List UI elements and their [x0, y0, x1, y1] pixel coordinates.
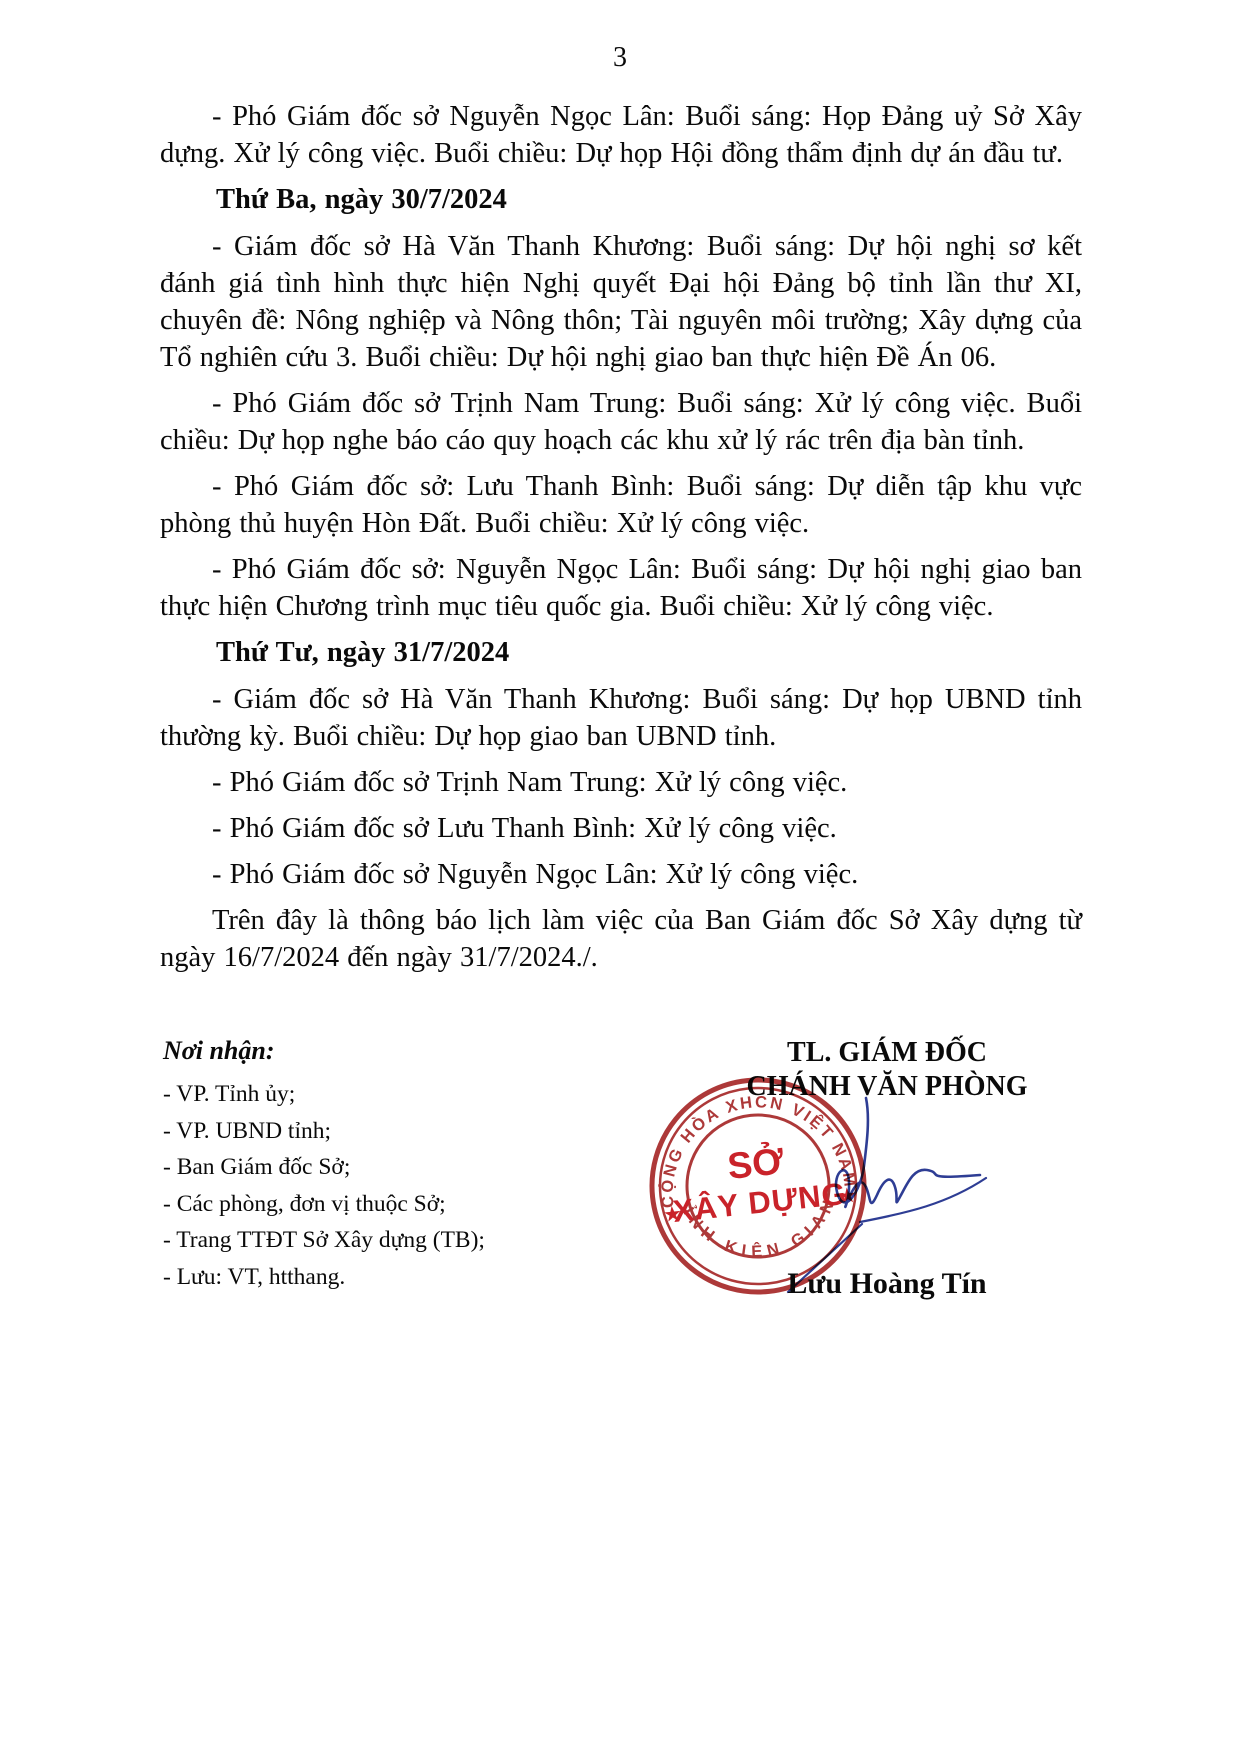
schedule-paragraph: Thứ Tư, ngày 31/7/2024: [160, 634, 1082, 671]
schedule-paragraph: Thứ Ba, ngày 30/7/2024: [160, 181, 1082, 218]
recipient-item: - VP. UBND tỉnh;: [163, 1113, 563, 1150]
schedule-paragraph: - Phó Giám đốc sở Trịnh Nam Trung: Buổi …: [160, 385, 1082, 459]
signature-title-line1: TL. GIÁM ĐỐC: [694, 1036, 1080, 1070]
document-page: 3 - Phó Giám đốc sở Nguyễn Ngọc Lân: Buổ…: [0, 0, 1240, 1755]
recipients-list: - VP. Tỉnh ủy; - VP. UBND tỉnh; - Ban Gi…: [163, 1076, 563, 1295]
schedule-paragraph: - Phó Giám đốc sở Nguyễn Ngọc Lân: Buổi …: [160, 98, 1082, 172]
signer-name: Lưu Hoàng Tín: [694, 1266, 1080, 1302]
schedule-paragraph: - Phó Giám đốc sở Nguyễn Ngọc Lân: Xử lý…: [160, 856, 1082, 893]
recipient-item: - Lưu: VT, htthang.: [163, 1259, 563, 1296]
schedule-paragraph: - Phó Giám đốc sở Lưu Thanh Bình: Xử lý …: [160, 810, 1082, 847]
recipient-item: - VP. Tỉnh ủy;: [163, 1076, 563, 1113]
recipient-item: - Ban Giám đốc Sở;: [163, 1149, 563, 1186]
recipients-title: Nơi nhận:: [163, 1036, 563, 1066]
schedule-paragraph: - Phó Giám đốc sở Trịnh Nam Trung: Xử lý…: [160, 764, 1082, 801]
schedule-paragraph: Trên đây là thông báo lịch làm việc của …: [160, 902, 1082, 976]
schedule-paragraph: - Phó Giám đốc sở: Nguyễn Ngọc Lân: Buổi…: [160, 551, 1082, 625]
schedule-paragraph: - Giám đốc sở Hà Văn Thanh Khương: Buổi …: [160, 681, 1082, 755]
document-body: - Phó Giám đốc sở Nguyễn Ngọc Lân: Buổi …: [160, 98, 1082, 985]
signature-stroke: [836, 1098, 980, 1207]
signature-underline: [860, 1178, 986, 1222]
page-number: 3: [0, 42, 1240, 74]
schedule-paragraph: - Giám đốc sở Hà Văn Thanh Khương: Buổi …: [160, 228, 1082, 376]
recipient-item: - Các phòng, đơn vị thuộc Sở;: [163, 1186, 563, 1223]
stamp-star-left-icon: ★: [662, 1201, 683, 1227]
schedule-paragraph: - Phó Giám đốc sở: Lưu Thanh Bình: Buổi …: [160, 468, 1082, 542]
recipient-item: - Trang TTĐT Sở Xây dựng (TB);: [163, 1222, 563, 1259]
recipients-block: Nơi nhận: - VP. Tỉnh ủy; - VP. UBND tỉnh…: [163, 1036, 563, 1295]
